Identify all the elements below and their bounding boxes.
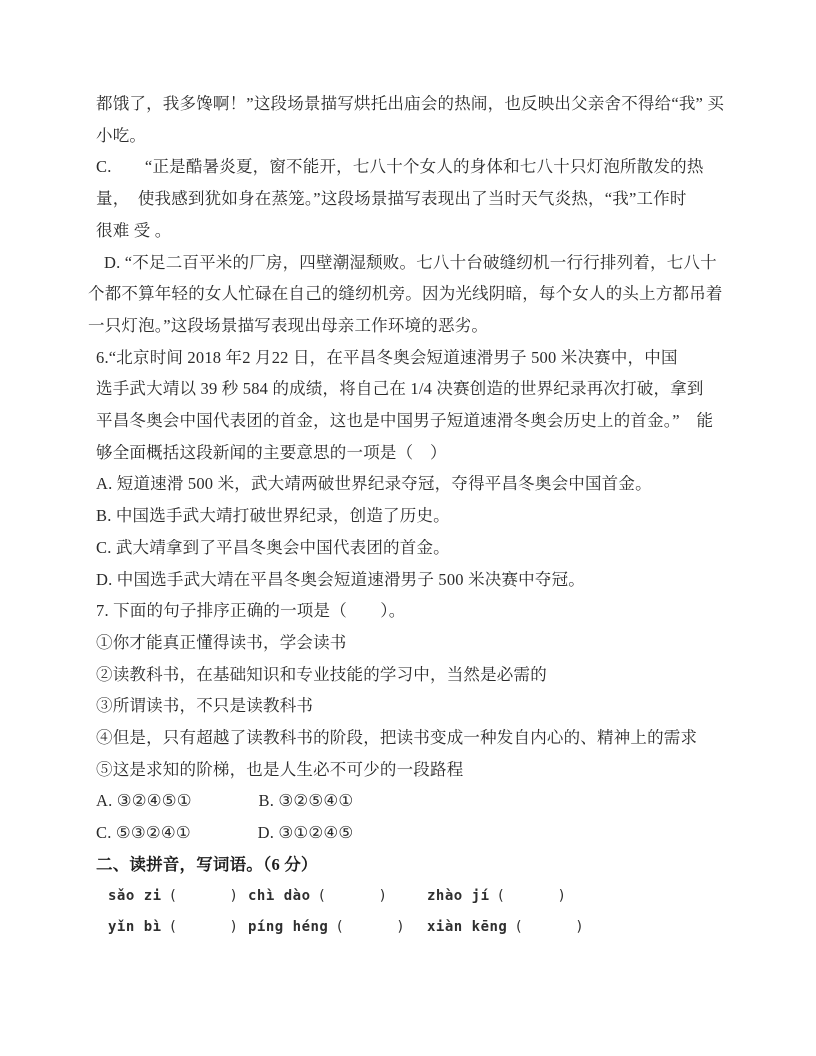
text-line: ⑤这是求知的阶梯，也是人生必不可少的一段路程	[96, 754, 744, 786]
pinyin-row: sǎo zi()chì dào()zhào jí()	[96, 881, 744, 913]
open-paren: (	[514, 919, 523, 935]
pinyin-word-blank: sǎo zi()	[108, 881, 248, 913]
exam-page: 都饿了，我多馋啊！”这段场景描写烘托出庙会的热闹，也反映出父亲舍不得给“我” 买…	[0, 0, 816, 1056]
text-line: D. 中国选手武大靖在平昌冬奥会短道速滑男子 500 米决赛中夺冠。	[96, 564, 744, 596]
text-line: B. 中国选手武大靖打破世界纪录，创造了历史。	[96, 500, 744, 532]
open-paren: (	[169, 888, 178, 904]
pinyin-row: yǐn bì()píng héng()xiàn kēng()	[96, 912, 744, 944]
close-paren: )	[557, 888, 566, 904]
text-line: 量， 使我感到犹如身在蒸笼。”这段场景描写表现出了当时天气炎热，“我”工作时	[96, 183, 744, 215]
pinyin-text: chì dào	[248, 888, 311, 904]
text-line: 平昌冬奥会中国代表团的首金，这也是中国男子短道速滑冬奥会历史上的首金。” 能	[96, 405, 744, 437]
open-paren: (	[335, 919, 344, 935]
text-line: 7. 下面的句子排序正确的一项是（ ）。	[96, 595, 744, 627]
text-line: 够全面概括这段新闻的主要意思的一项是（ ）	[96, 437, 744, 469]
open-paren: (	[169, 919, 178, 935]
text-line: 很难 受 。	[96, 215, 744, 247]
pinyin-text: yǐn bì	[108, 919, 162, 935]
document-lines: 都饿了，我多馋啊！”这段场景描写烘托出庙会的热闹，也反映出父亲舍不得给“我” 买…	[96, 88, 744, 881]
close-paren: )	[230, 919, 239, 935]
pinyin-section: sǎo zi()chì dào()zhào jí()yǐn bì()píng h…	[96, 881, 744, 944]
pinyin-text: zhào jí	[427, 888, 490, 904]
close-paren: )	[575, 919, 584, 935]
close-paren: )	[378, 888, 387, 904]
text-line: ②读教科书，在基础知识和专业技能的学习中，当然是必需的	[96, 659, 744, 691]
text-line: 个都不算年轻的女人忙碌在自己的缝纫机旁。因为光线阴暗，每个女人的头上方都吊着	[88, 278, 744, 310]
document-body: 都饿了，我多馋啊！”这段场景描写烘托出庙会的热闹，也反映出父亲舍不得给“我” 买…	[96, 88, 744, 944]
pinyin-word-blank: zhào jí()	[427, 881, 566, 913]
text-line: 都饿了，我多馋啊！”这段场景描写烘托出庙会的热闹，也反映出父亲舍不得给“我” 买	[96, 88, 744, 120]
section-heading: 二、读拼音，写词语。（6 分）	[96, 849, 744, 881]
text-line: 一只灯泡。”这段场景描写表现出母亲工作环境的恶劣。	[88, 310, 744, 342]
text-line: C. ⑤③②④① D. ③①②④⑤	[96, 817, 744, 849]
text-line: ③所谓读书，不只是读教科书	[96, 690, 744, 722]
close-paren: )	[396, 919, 405, 935]
pinyin-word-blank: xiàn kēng()	[427, 912, 584, 944]
pinyin-word-blank: yǐn bì()	[108, 912, 248, 944]
text-line: 小吃。	[96, 120, 744, 152]
pinyin-text: xiàn kēng	[427, 919, 507, 935]
close-paren: )	[230, 888, 239, 904]
text-line: C. 武大靖拿到了平昌冬奥会中国代表团的首金。	[96, 532, 744, 564]
text-line: C. “正是酷暑炎夏，窗不能开，七八十个女人的身体和七八十只灯泡所散发的热	[96, 151, 744, 183]
text-line: 选手武大靖以 39 秒 584 的成绩，将自己在 1/4 决赛创造的世界纪录再次…	[96, 373, 744, 405]
text-line: D. “不足二百平米的厂房，四壁潮湿颓败。七八十台破缝纫机一行行排列着，七八十	[96, 247, 744, 279]
pinyin-text: sǎo zi	[108, 888, 162, 904]
open-paren: (	[497, 888, 506, 904]
pinyin-word-blank: píng héng()	[248, 912, 427, 944]
open-paren: (	[318, 888, 327, 904]
text-line: ①你才能真正懂得读书，学会读书	[96, 627, 744, 659]
text-line: A. ③②④⑤① B. ③②⑤④①	[96, 785, 744, 817]
text-line: ④但是，只有超越了读教科书的阶段，把读书变成一种发自内心的、精神上的需求	[96, 722, 744, 754]
pinyin-text: píng héng	[248, 919, 328, 935]
pinyin-word-blank: chì dào()	[248, 881, 427, 913]
text-line: A. 短道速滑 500 米，武大靖两破世界纪录夺冠，夺得平昌冬奥会中国首金。	[96, 468, 744, 500]
text-line: 6.“北京时间 2018 年2 月22 日，在平昌冬奥会短道速滑男子 500 米…	[96, 342, 744, 374]
